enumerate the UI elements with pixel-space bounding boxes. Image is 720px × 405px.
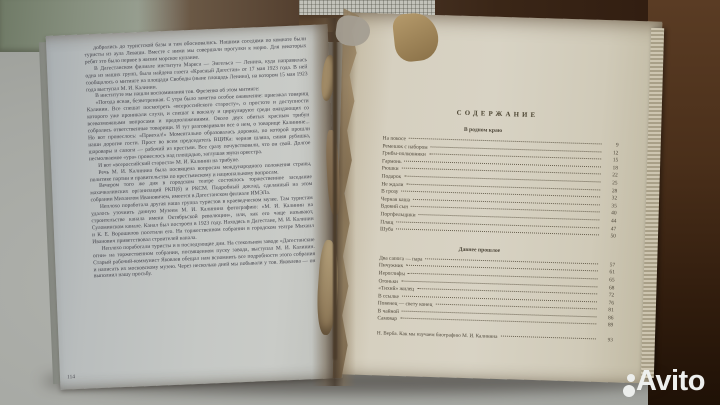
paragraph: «Погода ясная, безветренная. С утра было… <box>86 91 310 163</box>
toc-entry-page: 15 <box>604 157 618 163</box>
table-of-contents: СОДЕРЖАНИЕ В родном краюНа покосе9Ремешо… <box>376 14 623 383</box>
toc-entry-page: 9 <box>605 142 619 148</box>
page-number: 114 <box>67 374 75 380</box>
toc-entry-label: Рюшки <box>382 166 399 172</box>
logo-dot-icon <box>623 385 635 397</box>
logo-dot-icon <box>627 374 635 382</box>
toc-footer-label: Н. Верба. Как мы изучаем биографию М. И.… <box>377 330 498 340</box>
toc-entry-page: 86 <box>599 315 613 321</box>
toc-entry-page: 57 <box>601 262 615 268</box>
toc-entry-label: Гармонь <box>382 158 402 165</box>
toc-entry-label: Черная каша <box>381 196 410 203</box>
toc-entry-page: 32 <box>603 195 617 201</box>
toc-entry-label: Иероглифы <box>379 270 405 277</box>
toc-entry-label: Грибы-полковники <box>382 151 426 158</box>
toc-entry-label: Портфельщики <box>380 211 415 218</box>
toc-entry-page: 35 <box>603 203 617 209</box>
toc-entry-page: 44 <box>602 218 616 224</box>
toc-entry-page: 72 <box>600 292 614 298</box>
toc-entry-label: Пичужник <box>379 263 403 270</box>
toc-entry-label: На покосе <box>383 135 406 142</box>
toc-entry-page: 12 <box>604 150 618 156</box>
toc-entry-label: Самовар <box>377 316 397 323</box>
toc-footer-row: Н. Верба. Как мы изучаем биографию М. И.… <box>377 330 613 343</box>
toc-entry-label: В чайной <box>377 308 399 315</box>
binding-thread <box>333 30 337 360</box>
toc-sections: В родном краюНа покосе9Ремешок с набором… <box>377 124 619 330</box>
toc-entry-label: Два сапога — пара <box>379 255 422 262</box>
toc-entry-label: Повенец — свету конец <box>378 301 433 309</box>
toc-entry-page: 25 <box>603 180 617 186</box>
toc-entry-page: 47 <box>602 226 616 232</box>
toc-entry-label: Огоньки <box>378 278 398 285</box>
toc-entry-page: 50 <box>602 233 616 239</box>
toc-entry-label: Вдовий сын <box>381 204 409 211</box>
toc-entry-page: 81 <box>600 307 614 313</box>
toc-footer-page: 93 <box>599 337 613 343</box>
toc-entry-page: 40 <box>602 210 616 216</box>
avito-watermark: Avito <box>620 360 720 405</box>
toc-entry-label: Подарок <box>381 173 401 180</box>
toc-entry-page: 68 <box>600 284 614 290</box>
toc-entry-label: «Тихий» жилец <box>378 285 414 292</box>
book-photo: добрались до туристской базы и там обосн… <box>0 0 720 405</box>
dot-leader <box>425 258 598 264</box>
toc-entry-page: 65 <box>601 277 615 283</box>
toc-entry-page: 89 <box>599 322 613 328</box>
toc-entry-label: В ссылке <box>378 293 399 300</box>
watermark-label: Avito <box>636 365 705 398</box>
toc-entry-label: В грозу <box>381 189 398 196</box>
toc-entry-page: 76 <box>600 300 614 306</box>
toc-entry-label: Шуба <box>380 227 393 233</box>
dot-leader <box>409 138 602 145</box>
avito-logo-icon <box>620 366 636 400</box>
toc-entry-label: Не ждали <box>381 181 403 188</box>
toc-entry-page: 22 <box>604 172 618 178</box>
toc-entry-page: 28 <box>603 188 617 194</box>
toc-entry-page: 18 <box>604 165 618 171</box>
left-page: добрались до туристской базы и там обосн… <box>46 24 343 389</box>
right-page: СОДЕРЖАНИЕ В родном краюНа покосе9Ремешо… <box>340 12 663 383</box>
toc-entry-label: Плащ <box>380 219 393 225</box>
toc-entry-label: Ремешок с набором <box>382 143 427 150</box>
toc-heading: СОДЕРЖАНИЕ <box>383 107 619 121</box>
dot-leader <box>500 336 595 340</box>
toc-entry-page: 61 <box>601 269 615 275</box>
left-page-text: добрались до туристской базы и там обосн… <box>84 36 316 280</box>
